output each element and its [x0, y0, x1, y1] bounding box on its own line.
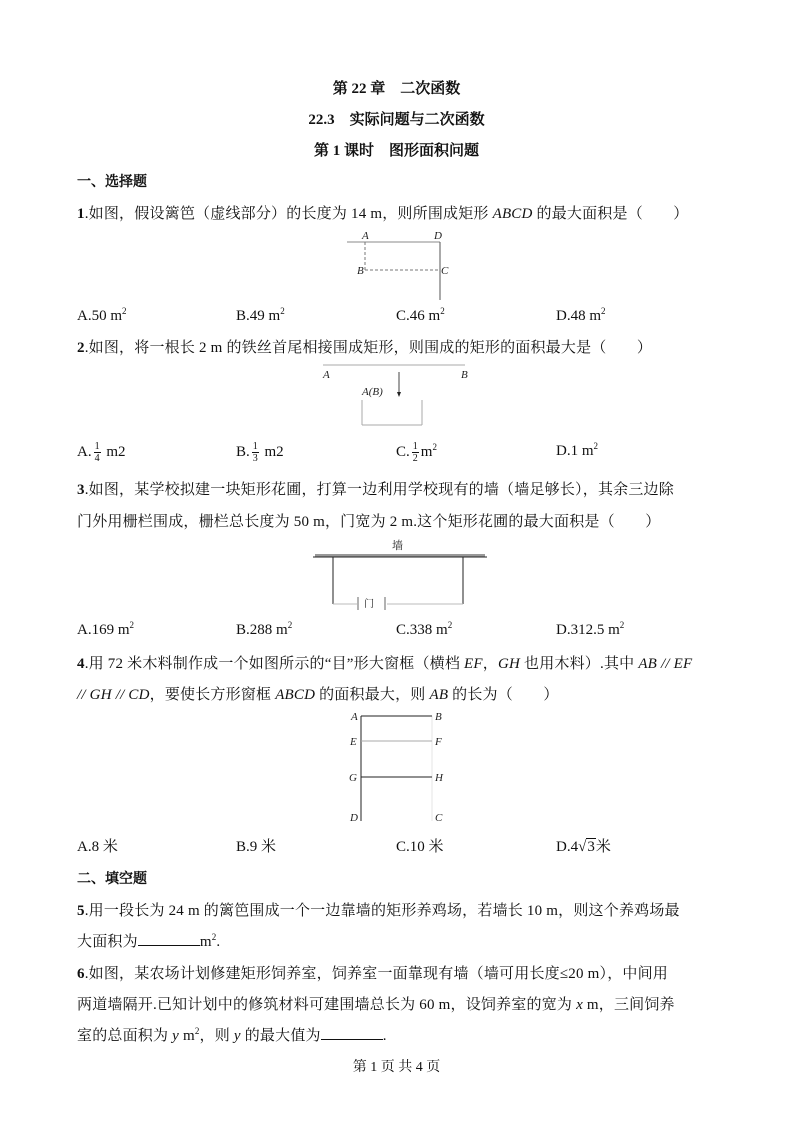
question-2-figure: A B A(B): [315, 360, 475, 428]
question-text: .如图，假设篱笆（虚线部分）的长度为 14 m，则所围成矩形: [85, 206, 493, 222]
label-c: C: [441, 265, 449, 277]
question-1-text: 1.如图，假设篱笆（虚线部分）的长度为 14 m，则所围成矩形 ABCD 的最大…: [77, 202, 689, 223]
question-1-figure: A D B C: [340, 228, 460, 300]
option-c[interactable]: C.46 m2: [396, 308, 445, 325]
option-a[interactable]: A.8 米: [77, 835, 118, 856]
answer-blank[interactable]: [321, 1025, 383, 1040]
section-title: 22.3 实际问题与二次函数: [0, 108, 793, 129]
question-text: .如图，某学校拟建一块矩形花圃，打算一边利用学校现有的墙（墙足够长），其余三边除: [85, 482, 674, 498]
question-text: .如图，将一根长 2 m 的铁丝首尾相接围成矩形，则围成的矩形的面积最大是（ ）: [85, 340, 652, 356]
option-c[interactable]: C.338 m2: [396, 622, 452, 639]
chapter-title: 第 22 章 二次函数: [0, 77, 793, 98]
svg-text:C: C: [435, 812, 443, 824]
answer-blank[interactable]: [138, 931, 200, 946]
arrow-down-icon: [397, 392, 401, 397]
lesson-title: 第 1 课时 图形面积问题: [0, 139, 793, 160]
label-a: A: [322, 369, 330, 381]
svg-text:H: H: [434, 772, 444, 784]
svg-text:F: F: [434, 736, 442, 748]
question-4-text-line1: 4.用 72 米木料制作成一个如图所示的“目”形大窗框（横档 EF，GH 也用木…: [77, 652, 692, 673]
label-a: A: [361, 230, 369, 242]
question-6-text-line2: 两道墙隔开.已知计划中的修筑材料可建围墙总长为 60 m，设饲养室的宽为 x m…: [77, 993, 675, 1014]
option-a[interactable]: A.14 m2: [77, 441, 126, 464]
svg-text:E: E: [349, 736, 357, 748]
question-number: 4: [77, 656, 85, 672]
question-5-text-line2: 大面积为m2.: [77, 930, 220, 951]
label-ab: A(B): [361, 386, 383, 398]
page-footer: 第 1 页 共 4 页: [0, 1056, 793, 1076]
svg-text:B: B: [435, 711, 442, 723]
question-4-text-line2: // GH // CD，要使长方形窗框 ABCD 的面积最大，则 AB 的长为（…: [77, 683, 559, 704]
option-a[interactable]: A.169 m2: [77, 622, 134, 639]
option-b[interactable]: B.49 m2: [236, 308, 285, 325]
wall-label: 墙: [392, 538, 403, 552]
question-3-text-line2: 门外用栅栏围成，栅栏总长度为 50 m，门宽为 2 m.这个矩形花圃的最大面积是…: [77, 510, 660, 531]
label-b: B: [461, 369, 468, 381]
option-d[interactable]: D.1 m2: [556, 443, 598, 460]
question-3-figure: 墙 门: [305, 535, 495, 610]
option-c[interactable]: C.10 米: [396, 835, 444, 856]
question-number: 2: [77, 340, 85, 356]
question-text: 的最大面积是（ ）: [533, 206, 689, 222]
question-3-text-line1: 3.如图，某学校拟建一块矩形花圃，打算一边利用学校现有的墙（墙足够长），其余三边…: [77, 478, 674, 499]
question-number: 5: [77, 903, 85, 919]
question-number: 6: [77, 966, 85, 982]
section-multiple-choice: 一、选择题: [77, 171, 147, 191]
option-c[interactable]: C.12m2: [396, 441, 437, 464]
svg-text:D: D: [349, 812, 358, 824]
option-b[interactable]: B.13 m2: [236, 441, 284, 464]
question-6-text-line3: 室的总面积为 y m2，则 y 的最大值为.: [77, 1024, 387, 1045]
question-6-text-line1: 6.如图，某农场计划修建矩形饲养室，饲养室一面靠现有墙（墙可用长度≤20 m），…: [77, 962, 668, 983]
question-5-text-line1: 5.用一段长为 24 m 的篱笆围成一个一边靠墙的矩形养鸡场，若墙长 10 m，…: [77, 899, 680, 920]
question-number: 3: [77, 482, 85, 498]
option-b[interactable]: B.288 m2: [236, 622, 292, 639]
svg-text:G: G: [349, 772, 357, 784]
option-d[interactable]: D.48 m2: [556, 308, 606, 325]
question-number: 1: [77, 206, 85, 222]
svg-text:A: A: [350, 711, 358, 723]
door-label: 门: [364, 597, 374, 610]
question-2-text: 2.如图，将一根长 2 m 的铁丝首尾相接围成矩形，则围成的矩形的面积最大是（ …: [77, 336, 652, 357]
option-d[interactable]: D.4√3米: [556, 835, 611, 856]
label-b: B: [357, 265, 364, 277]
option-a[interactable]: A.50 m2: [77, 308, 127, 325]
option-b[interactable]: B.9 米: [236, 835, 276, 856]
question-4-figure: A B E F G H D C: [340, 706, 460, 826]
section-fill-in: 二、填空题: [77, 868, 147, 888]
math-var: ABCD: [493, 206, 533, 222]
option-d[interactable]: D.312.5 m2: [556, 622, 624, 639]
label-d: D: [433, 230, 442, 242]
